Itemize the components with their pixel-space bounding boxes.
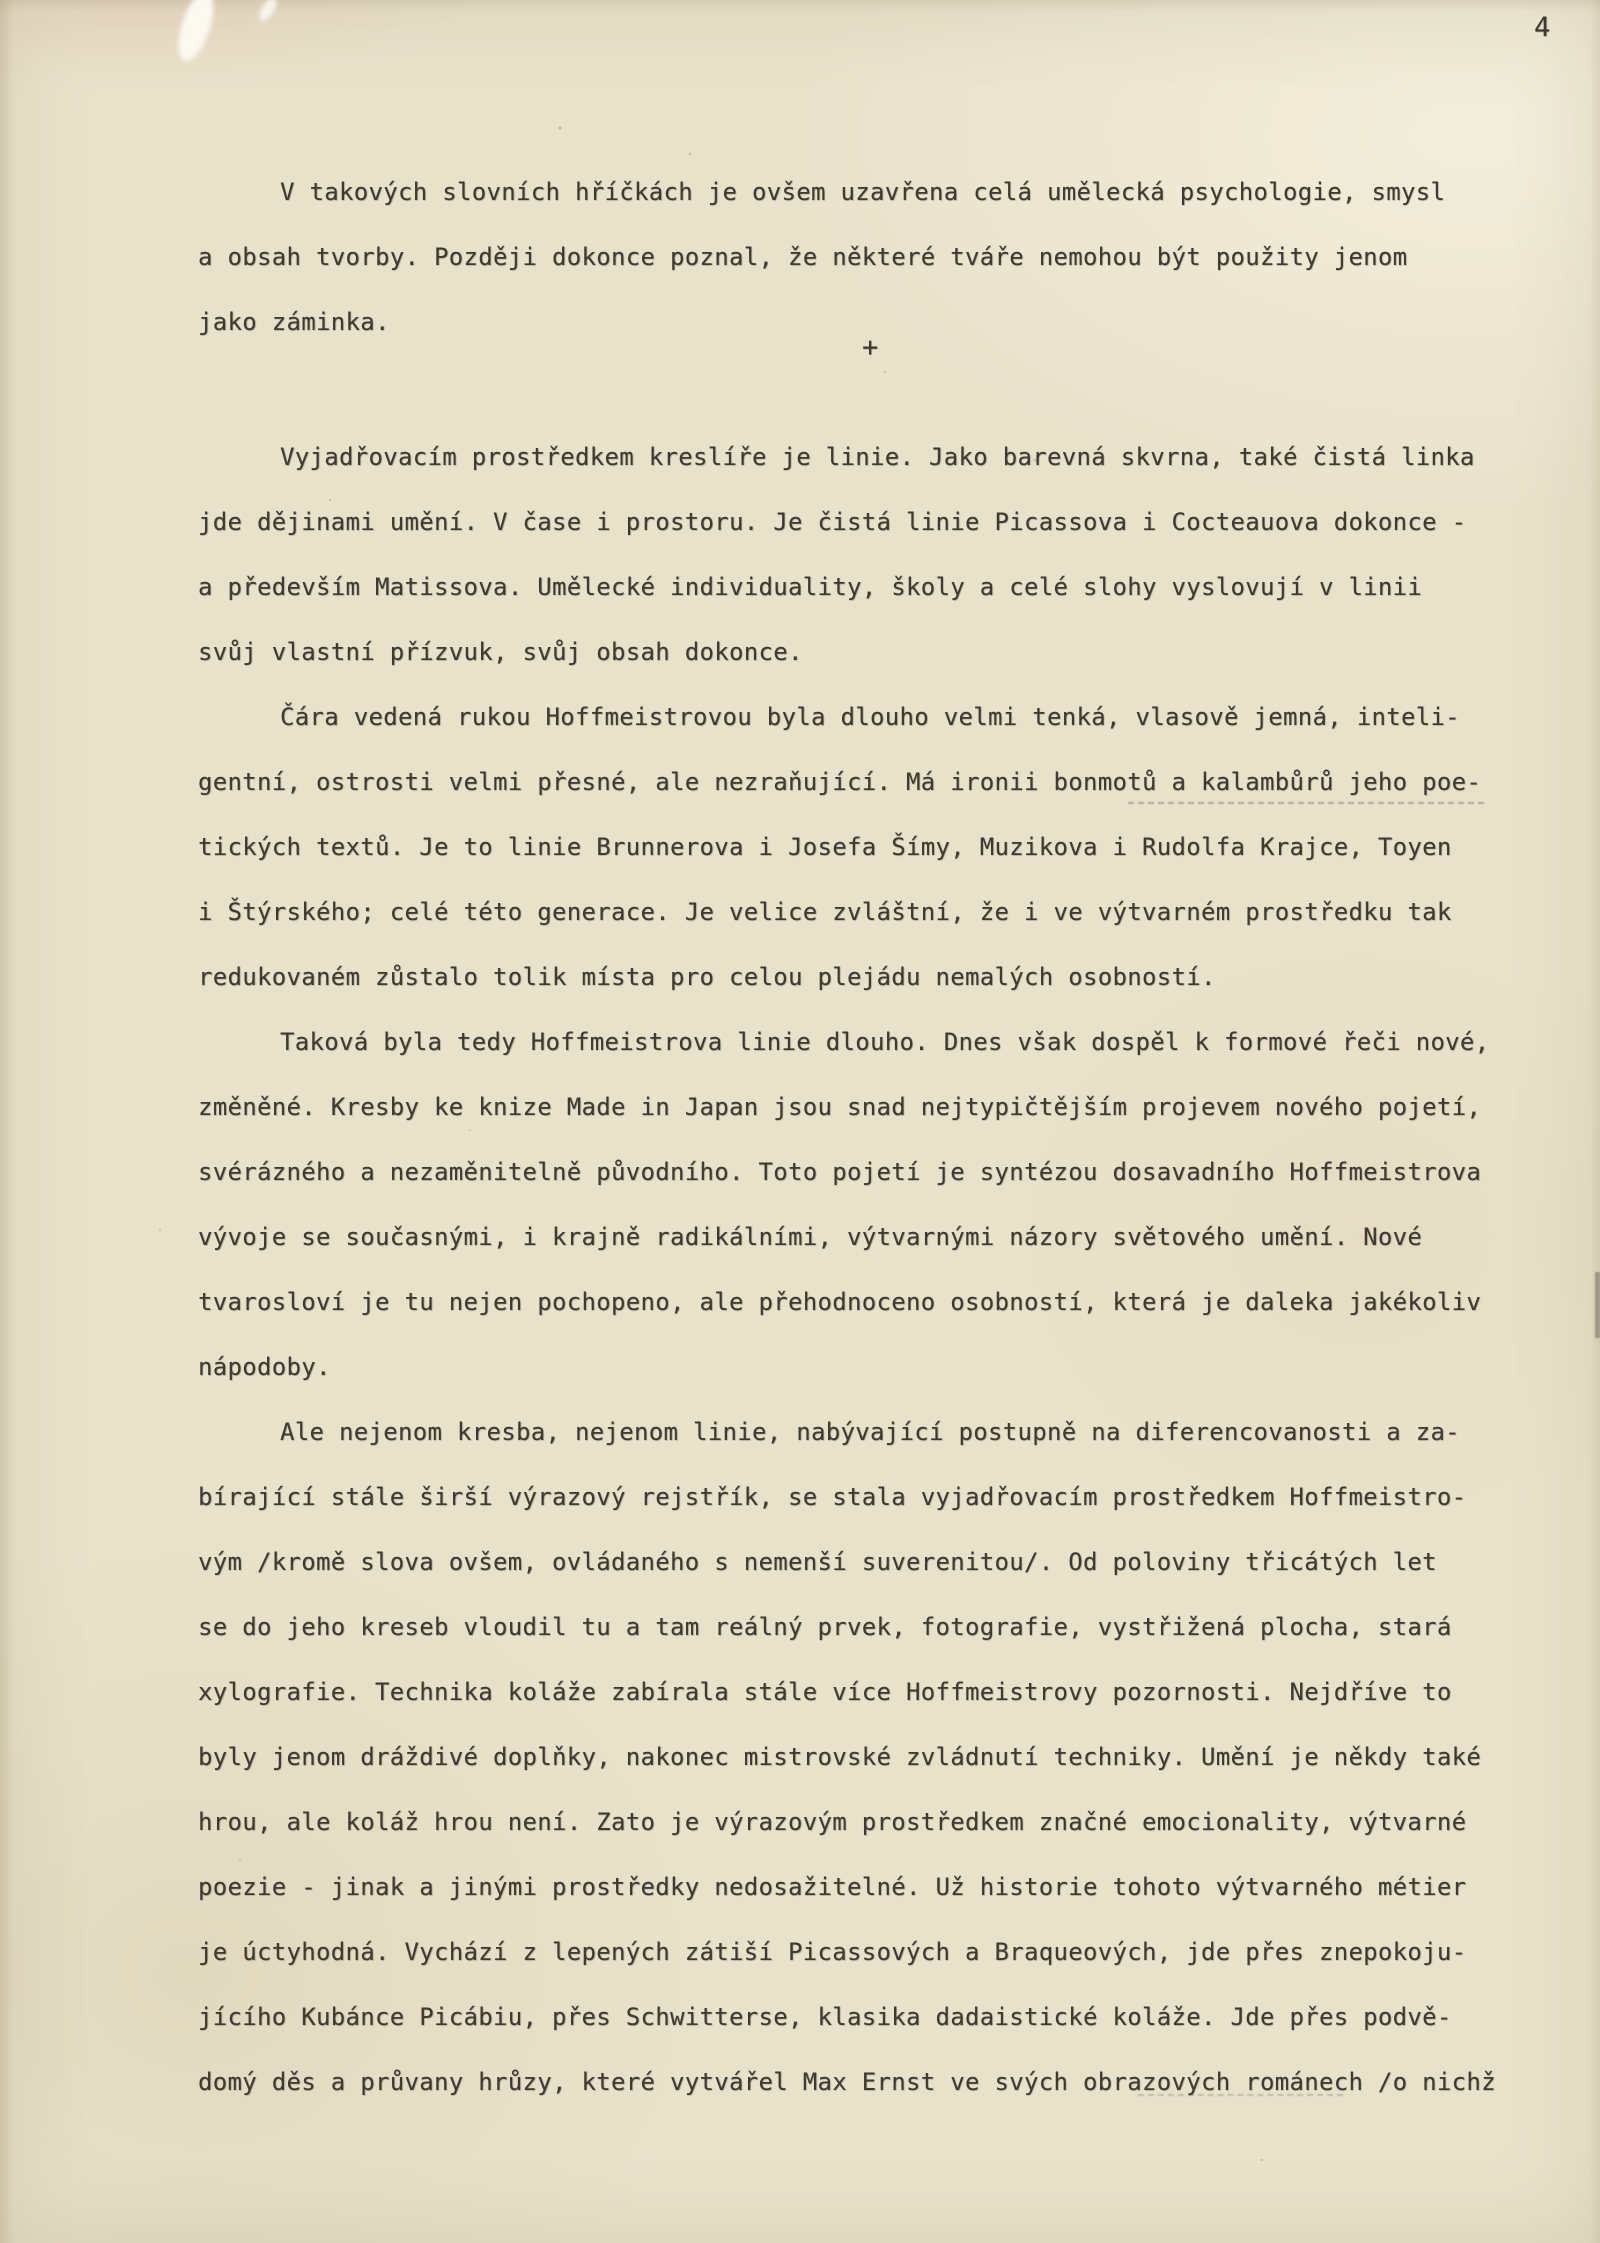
- text-line: a především Matissova. Umělecké individu…: [198, 573, 1528, 638]
- section-separator: +: [862, 332, 878, 363]
- scan-edge-artifact: [1595, 1272, 1600, 1338]
- text-line: redukovaném zůstalo tolik místa pro celo…: [198, 963, 1528, 1028]
- paragraph: Čára vedená rukou Hoffmeistrovou byla dl…: [198, 703, 1528, 1028]
- paragraph: Ale nejenom kresba, nejenom linie, nabýv…: [198, 1418, 1528, 2133]
- text-line: bírající stále širší výrazový rejstřík, …: [198, 1483, 1528, 1548]
- text-line: Čára vedená rukou Hoffmeistrovou byla dl…: [198, 703, 1528, 768]
- text-line: tvarosloví je tu nejen pochopeno, ale př…: [198, 1288, 1528, 1353]
- text-line: jde dějinami umění. V čase i prostoru. J…: [198, 508, 1528, 573]
- text-line: je úctyhodná. Vychází z lepených zátiší …: [198, 1938, 1528, 2003]
- ghost-dash-artifact: [1138, 2094, 1343, 2096]
- text-line: Ale nejenom kresba, nejenom linie, nabýv…: [198, 1418, 1528, 1483]
- text-line: tických textů. Je to linie Brunnerova i …: [198, 833, 1528, 898]
- text-line: svérázného a nezaměnitelně původního. To…: [198, 1158, 1528, 1223]
- text-line: i Štýrského; celé této generace. Je veli…: [198, 898, 1528, 963]
- text-line: Vyjadřovacím prostředkem kreslíře je lin…: [198, 443, 1528, 508]
- text-line: poezie - jinak a jinými prostředky nedos…: [198, 1873, 1528, 1938]
- text-block: V takových slovních hříčkách je ovšem uz…: [0, 0, 1600, 2243]
- text-line: domý děs a průvany hrůzy, které vytvářel…: [198, 2068, 1528, 2133]
- text-line: vým /kromě slova ovšem, ovládaného s nem…: [198, 1548, 1528, 1613]
- text-line: změněné. Kresby ke knize Made in Japan j…: [198, 1093, 1528, 1158]
- paragraph: Taková byla tedy Hoffmeistrova linie dlo…: [198, 1028, 1528, 1418]
- typed-underline-artifact: [1128, 802, 1484, 804]
- text-line: a obsah tvorby. Později dokonce poznal, …: [198, 243, 1528, 308]
- paragraph: Vyjadřovacím prostředkem kreslíře je lin…: [198, 443, 1528, 703]
- text-line: se do jeho kreseb vloudil tu a tam reáln…: [198, 1613, 1528, 1678]
- text-line: V takových slovních hříčkách je ovšem uz…: [198, 178, 1528, 243]
- text-line: jícího Kubánce Picábiu, přes Schwitterse…: [198, 2003, 1528, 2068]
- text-line: Taková byla tedy Hoffmeistrova linie dlo…: [198, 1028, 1528, 1093]
- text-line: xylografie. Technika koláže zabírala stá…: [198, 1678, 1528, 1743]
- text-line: vývoje se současnými, i krajně radikální…: [198, 1223, 1528, 1288]
- text-line: byly jenom dráždivé doplňky, nakonec mis…: [198, 1743, 1528, 1808]
- text-line: nápodoby.: [198, 1353, 1528, 1418]
- scanned-typewritten-page: 4 V takových slovních hříčkách je ovšem …: [0, 0, 1600, 2243]
- text-line: svůj vlastní přízvuk, svůj obsah dokonce…: [198, 638, 1528, 703]
- text-line: gentní, ostrosti velmi přesné, ale nezra…: [198, 768, 1528, 833]
- text-line: hrou, ale koláž hrou není. Zato je výraz…: [198, 1808, 1528, 1873]
